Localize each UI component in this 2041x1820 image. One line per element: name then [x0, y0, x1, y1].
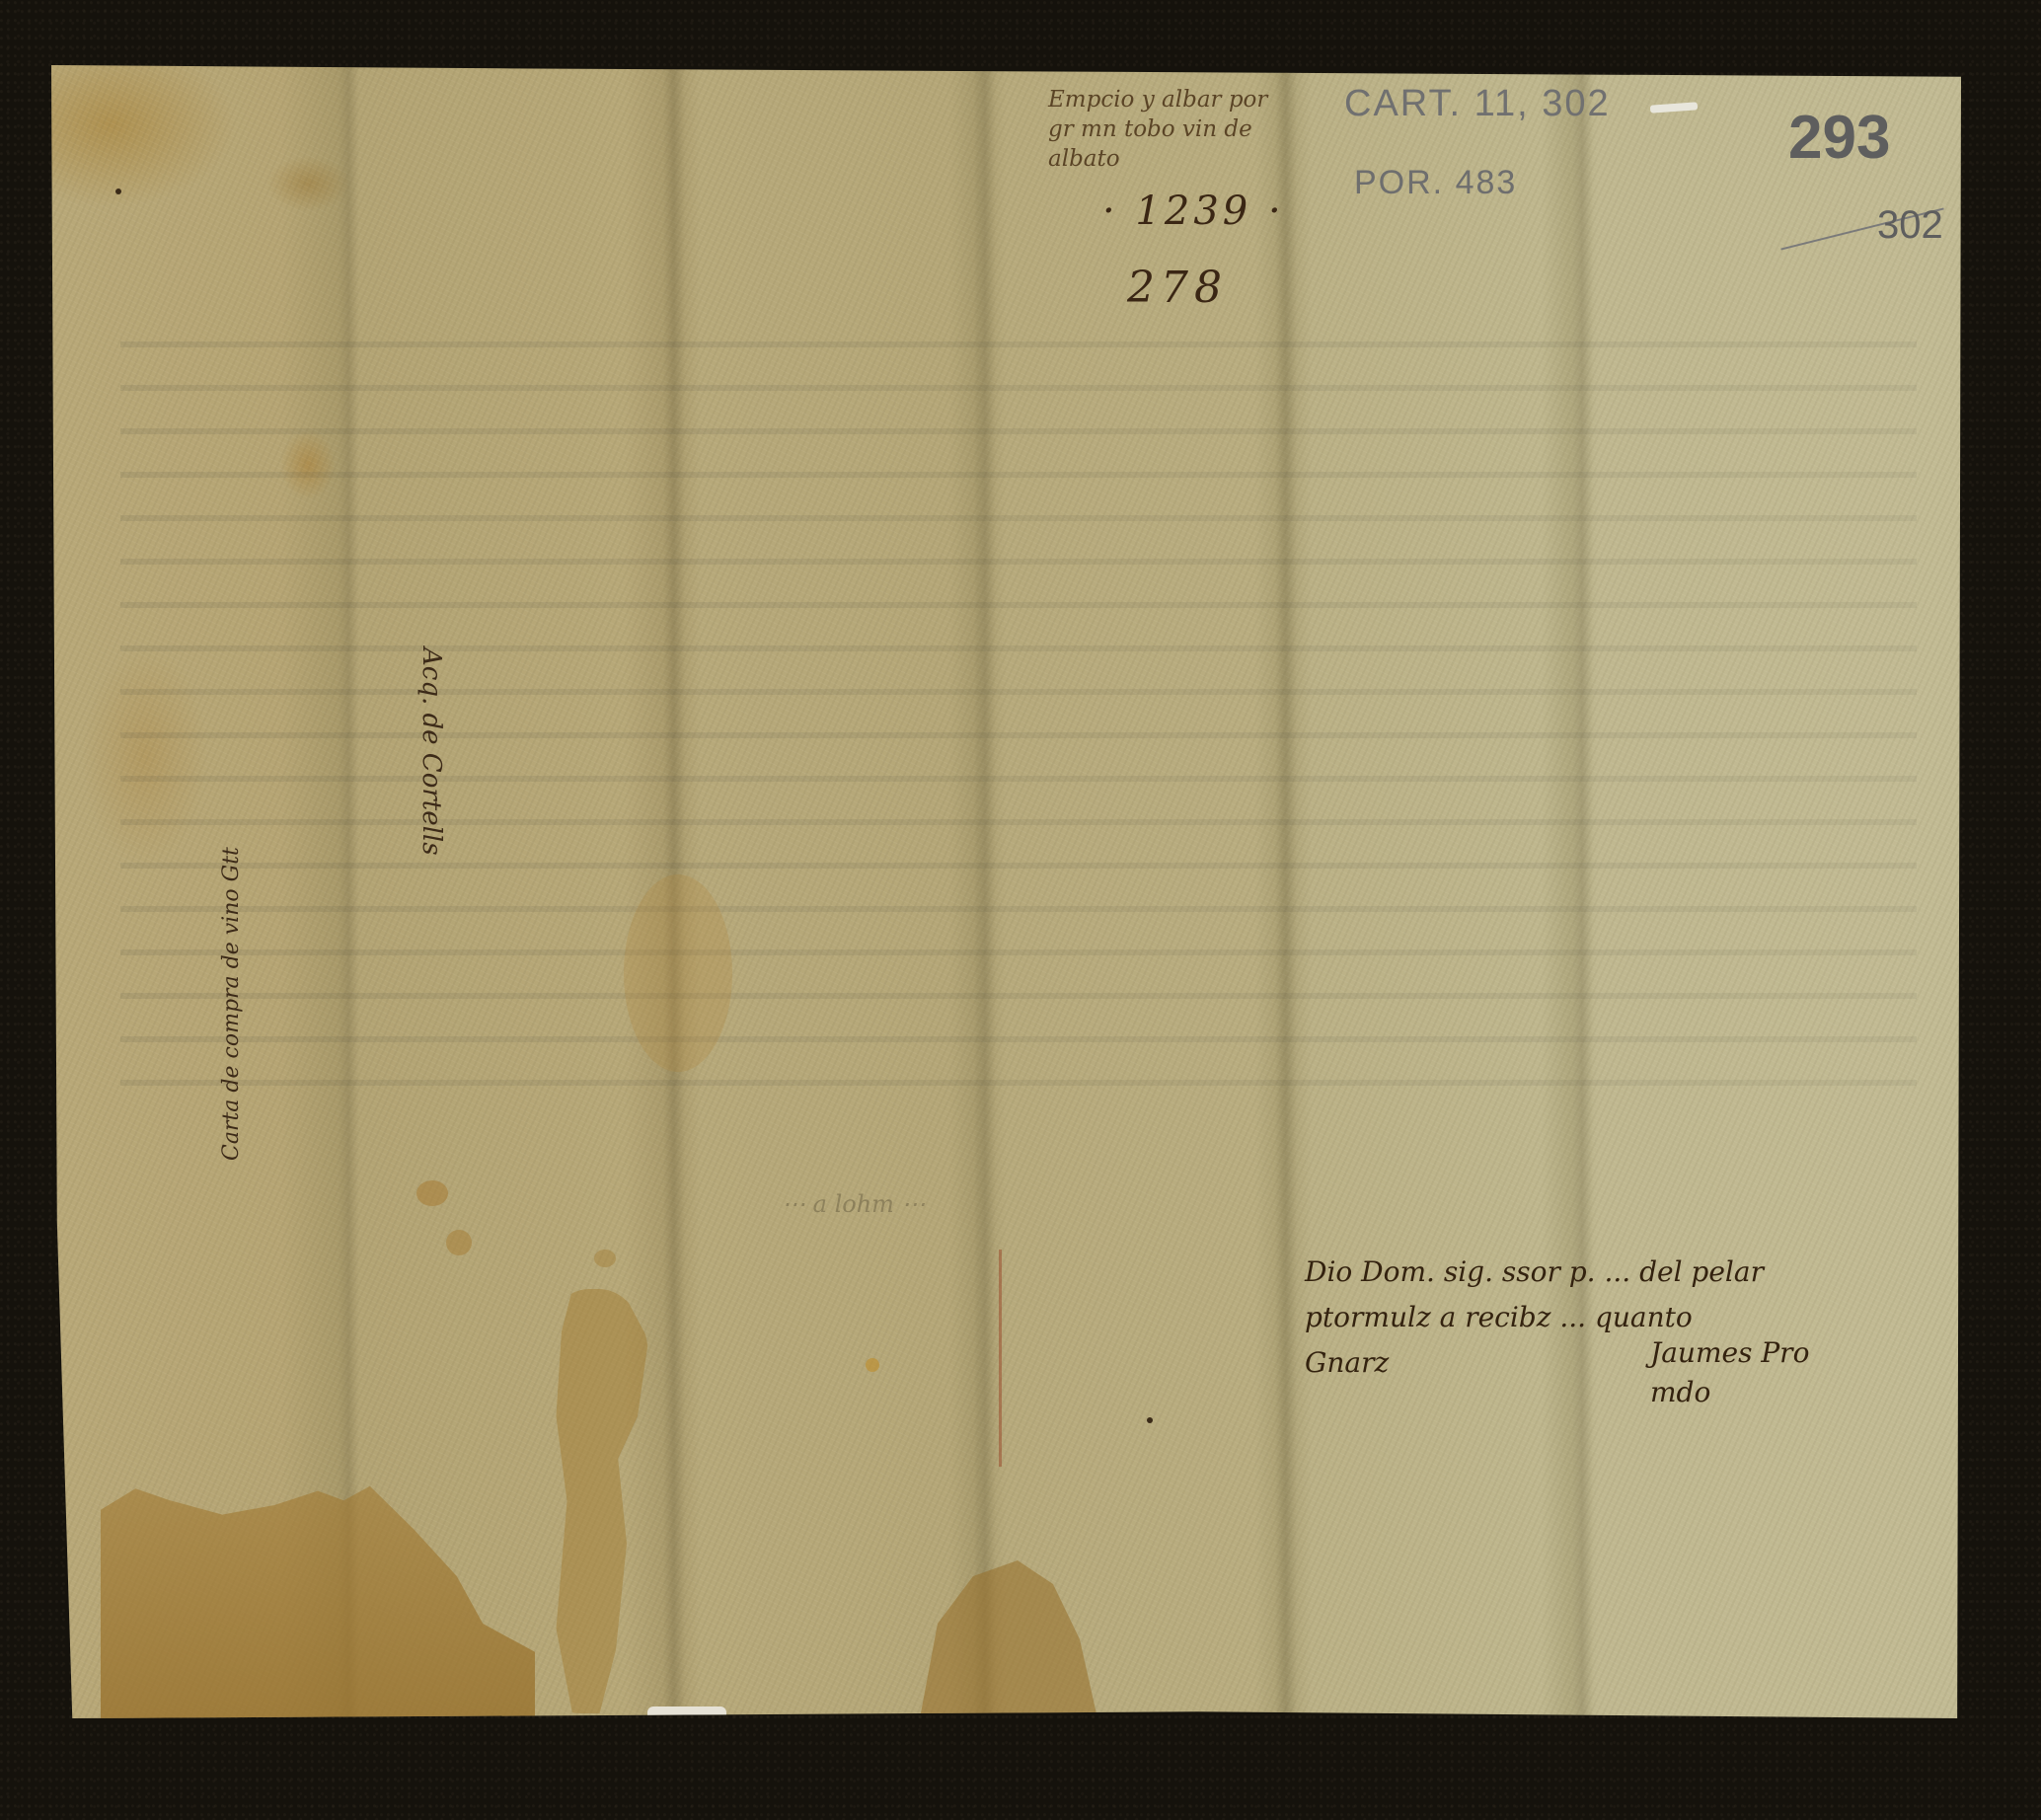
- pencil-number-top: 293: [1788, 103, 1890, 173]
- archive-por-mark: POR. 483: [1354, 164, 1517, 202]
- fold-line: [1571, 65, 1593, 1718]
- dorsal-note-line: Empcio y albar por: [1048, 85, 1267, 114]
- vertical-note-center: Acq. de Cortells: [416, 647, 446, 856]
- dorsal-note-line: gr mn tobo vin de: [1048, 114, 1267, 144]
- signature-line: Jaumes Pro: [1650, 1333, 1809, 1373]
- faint-text: ⋯ a lohm ⋯: [782, 1190, 926, 1218]
- dorsal-note-line: albato: [1048, 144, 1267, 174]
- label-fragment: [647, 1706, 726, 1720]
- pencil-number-bottom: 302: [1877, 203, 1943, 248]
- red-fold-stain: [999, 1250, 1002, 1467]
- reference-number: 278: [1127, 263, 1228, 313]
- stain-spot: [446, 1230, 472, 1255]
- fold-line: [663, 65, 685, 1718]
- stain-spot: [416, 1180, 448, 1206]
- stain-drip: [540, 1289, 648, 1713]
- stain-spot: [594, 1250, 616, 1267]
- stain-bottom-center: [920, 1560, 1097, 1718]
- fold-line: [338, 65, 359, 1718]
- date-annotation: · 1239 ·: [1102, 189, 1285, 234]
- parchment-sheet: Empcio y albar por gr mn tobo vin de alb…: [51, 65, 1961, 1718]
- notarial-signature: Jaumes Pro mdo: [1650, 1333, 1809, 1412]
- dorsal-note: Empcio y albar por gr mn tobo vin de alb…: [1048, 85, 1267, 174]
- show-through-text: [120, 312, 1917, 1121]
- ink-speck: [115, 189, 121, 194]
- subscription-line: Dio Dom. sig. ssor p. ... del pelar: [1305, 1250, 1764, 1295]
- fold-line: [974, 65, 996, 1718]
- stain-bottom-left: [101, 1481, 535, 1718]
- stain-spot: [866, 1358, 879, 1372]
- ink-speck: [1147, 1417, 1153, 1423]
- vertical-note-left: Carta de compra de vino Gtt: [219, 847, 244, 1161]
- archive-cart-mark: CART. 11, 302: [1344, 83, 1611, 125]
- fold-line: [1275, 65, 1297, 1718]
- signature-line: mdo: [1650, 1373, 1809, 1412]
- tape-fragment: [1650, 102, 1698, 113]
